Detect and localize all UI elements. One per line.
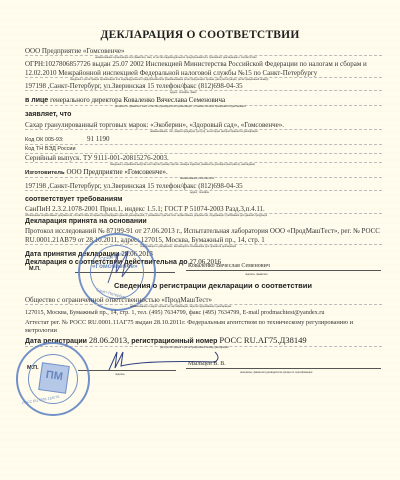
signature-caption-2: подпись	[115, 373, 125, 376]
tnved-code-label: Код ТН ВЭД России	[25, 146, 76, 152]
okp-code-value: 91 1190	[87, 135, 110, 143]
okp-code-label: Код ОК 005-93:	[25, 137, 64, 143]
basis-label: Декларация принята на основании	[25, 218, 147, 226]
registration-org-caption: наименование и адрес органа по сертифика…	[130, 305, 231, 308]
registration-date-caption: дата регистрации и регистрационный номер…	[160, 346, 229, 349]
representative-label: в лице	[25, 97, 48, 104]
manufacturer-address: 197198 ,Санкт-Петербург, ул.Зверинская 1…	[25, 182, 382, 191]
registration-contacts: 127015, Москва, Бумажный пр., 14, стр. 1…	[25, 309, 382, 317]
manufacturer-value: ООО Предприятие «Гомсовенче».	[66, 168, 167, 176]
requirements-value: СанПиН 2.3.2.1078-2001 Прил.1, индекс 1.…	[25, 205, 382, 214]
stamp-placeholder-label-1: М.П.	[29, 265, 41, 273]
signature-caption-1: подпись, фамилия	[245, 273, 267, 276]
registration-date-value: 28.06.2013,	[89, 335, 129, 345]
name-caption-2: инициалы, фамилия руководителя органа по…	[240, 371, 312, 374]
name-line-1	[186, 270, 381, 271]
declaration-page: ДЕКЛАРАЦИЯ О СООТВЕТСТВИИ ООО Предприяти…	[0, 0, 400, 480]
signatory-name-1: Коваленко Вячеслав Семенович	[188, 262, 382, 270]
product-description: Сахар гранулированный торговых марок: «Э…	[25, 121, 382, 130]
manufacturer-caption: наименование изготовителя	[180, 177, 214, 180]
attestat-line2: метрологии	[25, 327, 382, 335]
registration-number-label: регистрационный номер	[131, 338, 217, 345]
tnved-code-row: Код ТН ВЭД России	[25, 144, 382, 154]
basis-line2: RU.0001.21АВ79 от 28.10.2011, адрес: 127…	[25, 236, 382, 245]
representative-value: генерального директора Коваленко Вячесла…	[50, 96, 225, 104]
registration-heading: Сведения о регистрации декларации о соот…	[114, 282, 312, 290]
pm-logo-text: ПМ	[41, 368, 68, 384]
applicant-name-caption: наименование организации или фамилия, им…	[95, 56, 257, 59]
applicant-ogrn-line2: 12.02.2010 Межрайонной инспекцией Федера…	[25, 69, 382, 78]
applicant-address: 197198 ,Санкт-Петербург, ул.Зверинская 1…	[25, 82, 382, 91]
applicant-ogrn-caption: сведения о регистрации организации или и…	[70, 78, 268, 81]
manufacturer-address-caption: адрес, телефон	[190, 191, 209, 194]
attestat-line1: Аттестат рег. № РОСС RU.0001.11АГ75 выда…	[25, 319, 382, 327]
declares-label: заявляет, что	[25, 111, 71, 119]
serial-caption: сведения о серийном выпуске или партии (…	[110, 163, 255, 166]
applicant-name: ООО Предприятие «Гомсовенче»	[25, 47, 382, 56]
representative-caption: должность, фамилия, имя, отчество руково…	[115, 105, 246, 108]
certification-body-stamp: ПМ РОСС RU.0001.11АГ75	[16, 342, 90, 416]
registration-number-value: РОСС RU.АГ75.Д38149	[219, 335, 306, 345]
product-caption: наименование, тип, марка продукции (услу…	[150, 130, 258, 133]
name-line-2	[186, 368, 381, 369]
basis-caption: информация о документах, являющихся осно…	[140, 245, 236, 248]
applicant-ogrn-line1: ОГРН:1027806857726 выдан 25.07 2002 Инсп…	[25, 60, 382, 68]
applicant-address-caption: адрес, телефон, факс	[170, 91, 197, 94]
requirements-caption: обозначение нормативных документов, соот…	[25, 214, 267, 217]
manufacturer-label: Изготовитель	[25, 170, 65, 176]
pm-logo-cube: ПМ	[38, 362, 70, 394]
requirements-label: соответствует требованиям	[25, 196, 122, 204]
serial-release: Серийный выпуск. ТУ 9111-001-20815276-20…	[25, 154, 382, 163]
basis-line1: Протокол исследований № 87199-91 от 27.0…	[25, 227, 382, 235]
signatory-name-2: Мыльцев В. В.	[188, 360, 382, 368]
registration-org: Общество с ограниченной ответственностью…	[25, 296, 382, 305]
document-title: ДЕКЛАРАЦИЯ О СООТВЕТСТВИИ	[0, 29, 400, 41]
